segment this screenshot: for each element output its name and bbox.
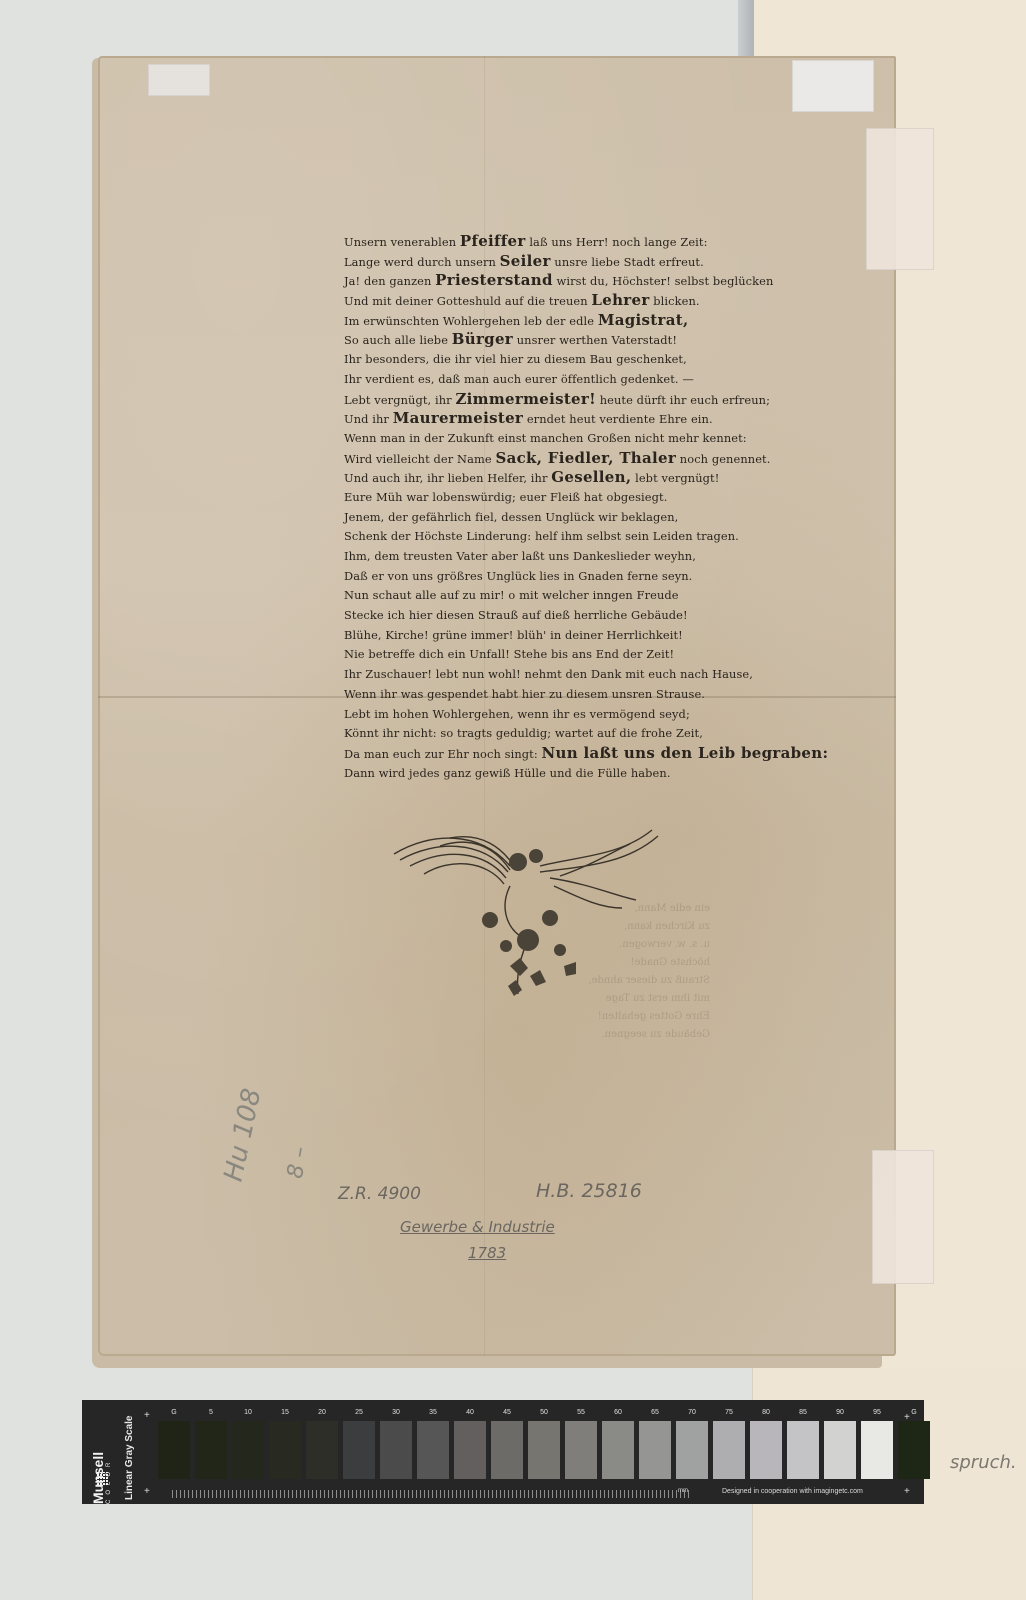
patch-swatch xyxy=(787,1421,819,1479)
poem-line: So auch alle liebe Bürger unsrer werthen… xyxy=(344,330,754,350)
patch-label: 75 xyxy=(725,1408,733,1418)
gray-patch: 80 xyxy=(750,1408,782,1479)
gray-patch: 5 xyxy=(195,1408,227,1479)
patch-label: 90 xyxy=(836,1408,844,1418)
poem-text-segment: So auch alle liebe xyxy=(344,333,452,347)
patch-swatch xyxy=(269,1421,301,1479)
poem-text-segment: Unsern venerablen xyxy=(344,235,460,249)
patch-swatch xyxy=(676,1421,708,1479)
patch-label: G xyxy=(911,1408,916,1418)
poem-line: Ihr Zuschauer! lebt nun wohl! nehmt den … xyxy=(344,665,754,685)
poem-line: Stecke ich hier diesen Strauß auf dieß h… xyxy=(344,606,754,626)
poem-text-segment: wirst du, Höchster! selbst beglücken xyxy=(553,274,774,288)
patch-swatch xyxy=(195,1421,227,1479)
poem-line: Unsern venerablen Pfeiffer laß uns Herr!… xyxy=(344,232,754,252)
patch-label: 5 xyxy=(209,1408,213,1418)
poem-line: Und auch ihr, ihr lieben Helfer, ihr Ges… xyxy=(344,468,754,488)
backing-pencil-note: spruch. xyxy=(950,1452,1017,1473)
emphasized-name: Seiler xyxy=(500,252,551,270)
brand-name: Munsell xyxy=(90,1394,106,1504)
poem-line: Daß er von uns größres Unglück lies in G… xyxy=(344,567,754,587)
poem-line: Wenn man in der Zukunft einst manchen Gr… xyxy=(344,429,754,449)
poem-text-segment: Im erwünschten Wohlergehen leb der edle xyxy=(344,314,598,328)
poem-text-segment: Blühe, Kirche! grüne immer! blüh' in dei… xyxy=(344,628,683,642)
poem-text-segment: Dann wird jedes ganz gewiß Hülle und die… xyxy=(344,766,671,780)
brand-sub: COLOR xyxy=(106,1394,112,1504)
tape-top-left xyxy=(148,64,210,96)
patch-swatch xyxy=(232,1421,264,1479)
emphasized-name: Pfeiffer xyxy=(460,232,526,250)
emphasized-name: Magistrat, xyxy=(598,311,689,329)
gray-patch: 45 xyxy=(491,1408,523,1479)
patch-swatch xyxy=(417,1421,449,1479)
poem-text-segment: Eure Müh war lobenswürdig; euer Fleiß ha… xyxy=(344,490,667,504)
patch-swatch xyxy=(750,1421,782,1479)
patch-label: 60 xyxy=(614,1408,622,1418)
patch-label: 95 xyxy=(873,1408,881,1418)
poem-line: Wird vielleicht der Name Sack, Fiedler, … xyxy=(344,449,754,469)
poem-line: Dann wird jedes ganz gewiß Hülle und die… xyxy=(344,764,754,784)
poem-line: Lebt im hohen Wohlergehen, wenn ihr es v… xyxy=(344,705,754,725)
poem-text-segment: erndet heut verdiente Ehre ein. xyxy=(523,412,713,426)
poem-text-segment: Und auch ihr, ihr lieben Helfer, ihr xyxy=(344,471,551,485)
poem-text-segment: Daß er von uns größres Unglück lies in G… xyxy=(344,569,692,583)
registration-plus-icon: + xyxy=(144,1486,150,1497)
hinge-tape-upper xyxy=(866,128,934,270)
poem-text-segment: Wenn ihr was gespendet habt hier zu dies… xyxy=(344,687,705,701)
poem-line: Wenn ihr was gespendet habt hier zu dies… xyxy=(344,685,754,705)
patch-label: 10 xyxy=(244,1408,252,1418)
poem-text: Unsern venerablen Pfeiffer laß uns Herr!… xyxy=(344,232,754,783)
patch-label: 25 xyxy=(355,1408,363,1418)
patch-label: 55 xyxy=(577,1408,585,1418)
gray-patch: 55 xyxy=(565,1408,597,1479)
poem-line: Lange werd durch unsern Seiler unsre lie… xyxy=(344,252,754,272)
emphasized-name: Lehrer xyxy=(591,291,649,309)
gray-patch: 50 xyxy=(528,1408,560,1479)
floral-ornament-icon xyxy=(390,826,660,998)
patch-label: 50 xyxy=(540,1408,548,1418)
poem-text-segment: Könnt ihr nicht: so tragts geduldig; war… xyxy=(344,726,703,740)
poem-line: Ihr verdient es, daß man auch eurer öffe… xyxy=(344,370,754,390)
poem-text-segment: Wird vielleicht der Name xyxy=(344,452,495,466)
patch-label: 65 xyxy=(651,1408,659,1418)
emphasized-name: Sack, Fiedler, Thaler xyxy=(495,449,676,467)
emphasized-name: Gesellen, xyxy=(551,468,631,486)
patch-swatch xyxy=(602,1421,634,1479)
poem-text-segment: Schenk der Höchste Linderung: helf ihm s… xyxy=(344,529,739,543)
patch-label: 35 xyxy=(429,1408,437,1418)
patch-swatch xyxy=(898,1421,930,1479)
gray-patch: 60 xyxy=(602,1408,634,1479)
gray-patch: 65 xyxy=(639,1408,671,1479)
poem-text-segment: Ja! den ganzen xyxy=(344,274,435,288)
poem-text-segment: Nun schaut alle auf zu mir! o mit welche… xyxy=(344,588,679,602)
emphasized-name: Priesterstand xyxy=(435,271,553,289)
gray-patch: 30 xyxy=(380,1408,412,1479)
poem-text-segment: Ihr besonders, die ihr viel hier zu dies… xyxy=(344,352,687,366)
patch-swatch xyxy=(565,1421,597,1479)
scale-title: Linear Gray Scale xyxy=(124,1390,135,1500)
poem-text-segment: Wenn man in der Zukunft einst manchen Gr… xyxy=(344,431,747,445)
tape-top-right xyxy=(792,60,874,112)
poem-text-segment: Ihr Zuschauer! lebt nun wohl! nehmt den … xyxy=(344,667,753,681)
subject-note: Gewerbe & Industrie xyxy=(400,1218,555,1236)
gray-patch: 85 xyxy=(787,1408,819,1479)
patch-swatch xyxy=(454,1421,486,1479)
backing-edge-shadow xyxy=(738,0,754,58)
gray-patch: G xyxy=(158,1408,190,1479)
patch-swatch xyxy=(158,1421,190,1479)
gray-patch: G xyxy=(898,1408,930,1479)
patch-swatch xyxy=(861,1421,893,1479)
poem-text-segment: Lebt vergnügt, ihr xyxy=(344,393,455,407)
gray-patches: G5101520253035404550556065707580859095G xyxy=(158,1408,930,1479)
patch-swatch xyxy=(491,1421,523,1479)
gray-patch: 95 xyxy=(861,1408,893,1479)
emphasized-name: Zimmermeister! xyxy=(455,390,596,408)
poem-text-segment: Und mit deiner Gotteshuld auf die treuen xyxy=(344,294,591,308)
hinge-tape-lower xyxy=(872,1150,934,1284)
patch-label: 15 xyxy=(281,1408,289,1418)
poem-line: Könnt ihr nicht: so tragts geduldig; war… xyxy=(344,724,754,744)
poem-line: Und ihr Maurermeister erndet heut verdie… xyxy=(344,409,754,429)
poem-line: Da man euch zur Ehr noch singt: Nun laßt… xyxy=(344,744,754,764)
poem-text-segment: Lebt im hohen Wohlergehen, wenn ihr es v… xyxy=(344,707,690,721)
patch-label: 80 xyxy=(762,1408,770,1418)
poem-text-segment: Und ihr xyxy=(344,412,393,426)
poem-text-segment: unsrer werthen Vaterstadt! xyxy=(513,333,677,347)
poem-text-segment: Jenem, der gefährlich fiel, dessen Unglü… xyxy=(344,510,678,524)
poem-text-segment: noch genennet. xyxy=(676,452,770,466)
emphasized-name: Bürger xyxy=(452,330,513,348)
registration-plus-icon: + xyxy=(144,1410,150,1421)
bleed-line: Ehre Gottes gehalten! xyxy=(410,1008,710,1026)
patch-swatch xyxy=(639,1421,671,1479)
gray-patch: 75 xyxy=(713,1408,745,1479)
gray-patch: 70 xyxy=(676,1408,708,1479)
patch-swatch xyxy=(528,1421,560,1479)
poem-text-segment: Ihm, dem treusten Vater aber laßt uns Da… xyxy=(344,549,696,563)
patch-label: 85 xyxy=(799,1408,807,1418)
gray-patch: 40 xyxy=(454,1408,486,1479)
poem-line: Eure Müh war lobenswürdig; euer Fleiß ha… xyxy=(344,488,754,508)
poem-line: Ihr besonders, die ihr viel hier zu dies… xyxy=(344,350,754,370)
patch-label: 30 xyxy=(392,1408,400,1418)
patch-label: 40 xyxy=(466,1408,474,1418)
patch-label: G xyxy=(171,1408,176,1418)
poem-text-segment: Da man euch zur Ehr noch singt: xyxy=(344,747,542,761)
patch-swatch xyxy=(380,1421,412,1479)
poem-line: Schenk der Höchste Linderung: helf ihm s… xyxy=(344,527,754,547)
gray-patch: 15 xyxy=(269,1408,301,1479)
registration-plus-icon: + xyxy=(904,1486,910,1497)
shelfmark-zr: Z.R. 4900 xyxy=(338,1184,421,1204)
poem-line: Jenem, der gefährlich fiel, dessen Unglü… xyxy=(344,508,754,528)
poem-text-segment: laß uns Herr! noch lange Zeit: xyxy=(526,235,708,249)
poem-line: Ihm, dem treusten Vater aber laßt uns Da… xyxy=(344,547,754,567)
mm-ruler xyxy=(172,1490,692,1498)
emphasized-name: Nun laßt uns den Leib begraben: xyxy=(542,744,829,762)
poem-text-segment: heute dürft ihr euch erfreun; xyxy=(596,393,770,407)
scale-credit: Designed in cooperation with imagingetc.… xyxy=(722,1488,863,1495)
shelfmark-hb: H.B. 25816 xyxy=(536,1180,642,1202)
poem-text-segment: Stecke ich hier diesen Strauß auf dieß h… xyxy=(344,608,688,622)
patch-swatch xyxy=(306,1421,338,1479)
poem-line: Nie betreffe dich ein Unfall! Stehe bis … xyxy=(344,645,754,665)
emphasized-name: Maurermeister xyxy=(393,409,523,427)
poem-text-segment: Ihr verdient es, daß man auch eurer öffe… xyxy=(344,372,694,386)
patch-swatch xyxy=(713,1421,745,1479)
poem-line: Ja! den ganzen Priesterstand wirst du, H… xyxy=(344,271,754,291)
poem-text-segment: lebt vergnügt! xyxy=(631,471,719,485)
patch-label: 20 xyxy=(318,1408,326,1418)
poem-text-segment: Lange werd durch unsern xyxy=(344,255,500,269)
patch-swatch xyxy=(824,1421,856,1479)
gray-patch: 20 xyxy=(306,1408,338,1479)
poem-line: Nun schaut alle auf zu mir! o mit welche… xyxy=(344,586,754,606)
gray-patch: 35 xyxy=(417,1408,449,1479)
patch-label: 70 xyxy=(688,1408,696,1418)
patch-label: 45 xyxy=(503,1408,511,1418)
year-note: 1783 xyxy=(468,1244,506,1262)
poem-line: Im erwünschten Wohlergehen leb der edle … xyxy=(344,311,754,331)
poem-text-segment: unsre liebe Stadt erfreut. xyxy=(551,255,704,269)
poem-line: Lebt vergnügt, ihr Zimmermeister! heute … xyxy=(344,390,754,410)
poem-text-segment: Nie betreffe dich ein Unfall! Stehe bis … xyxy=(344,647,674,661)
gray-patch: 25 xyxy=(343,1408,375,1479)
ruler-unit: mm xyxy=(678,1488,688,1494)
gray-patch: 10 xyxy=(232,1408,264,1479)
gray-scale-target: Munsell COLOR Linear Gray Scale + + + + … xyxy=(82,1400,924,1504)
gray-patch: 90 xyxy=(824,1408,856,1479)
bleed-line: Gebäude zu seegnen. xyxy=(410,1026,710,1044)
poem-line: Blühe, Kirche! grüne immer! blüh' in dei… xyxy=(344,626,754,646)
poem-line: Und mit deiner Gotteshuld auf die treuen… xyxy=(344,291,754,311)
patch-swatch xyxy=(343,1421,375,1479)
poem-text-segment: blicken. xyxy=(650,294,700,308)
